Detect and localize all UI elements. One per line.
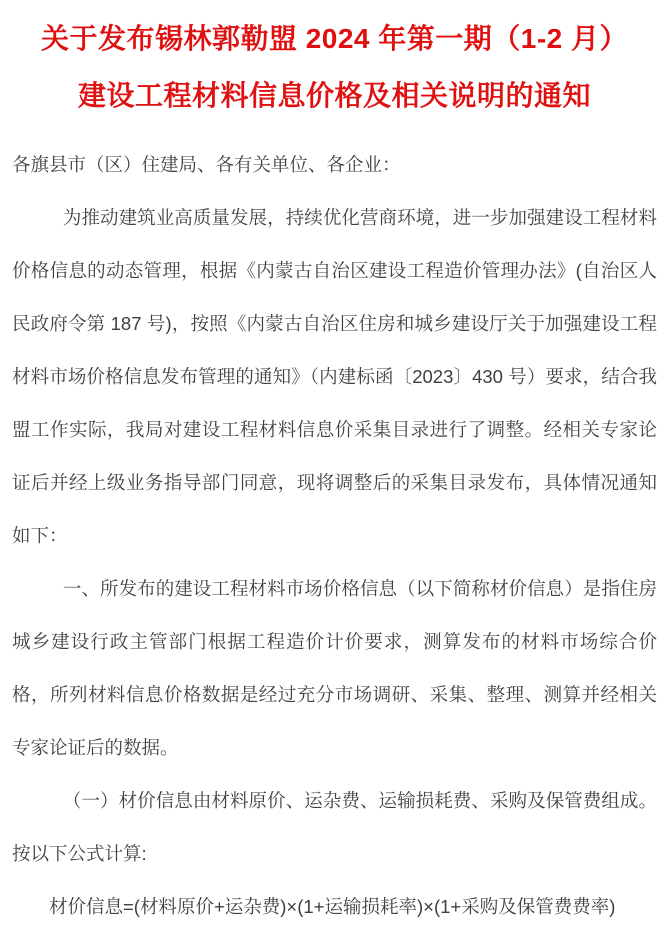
- notice-title: 关于发布锡林郭勒盟 2024 年第一期（1-2 月） 建设工程材料信息价格及相关…: [0, 0, 669, 124]
- notice-body: 各旗县市（区）住建局、各有关单位、各企业： 为推动建筑业高质量发展，持续优化营商…: [12, 138, 657, 933]
- paragraph-section-1: 一、所发布的建设工程材料市场价格信息（以下简称材价信息）是指住房城乡建设行政主管…: [12, 562, 657, 774]
- paragraph-intro: 为推动建筑业高质量发展，持续优化营商环境，进一步加强建设工程材料价格信息的动态管…: [12, 191, 657, 562]
- notice-document-page: 关于发布锡林郭勒盟 2024 年第一期（1-2 月） 建设工程材料信息价格及相关…: [0, 0, 669, 933]
- paragraph-section-1-1: （一）材价信息由材料原价、运杂费、运输损耗费、采购及保管费组成。按以下公式计算:: [12, 774, 657, 880]
- price-formula-line: 材价信息=(材料原价+运杂费)×(1+运输损耗率)×(1+采购及保管费费率): [12, 880, 657, 933]
- notice-title-line-1: 关于发布锡林郭勒盟 2024 年第一期（1-2 月）: [20, 10, 649, 67]
- notice-title-line-2: 建设工程材料信息价格及相关说明的通知: [20, 67, 649, 124]
- salutation-line: 各旗县市（区）住建局、各有关单位、各企业：: [12, 138, 657, 191]
